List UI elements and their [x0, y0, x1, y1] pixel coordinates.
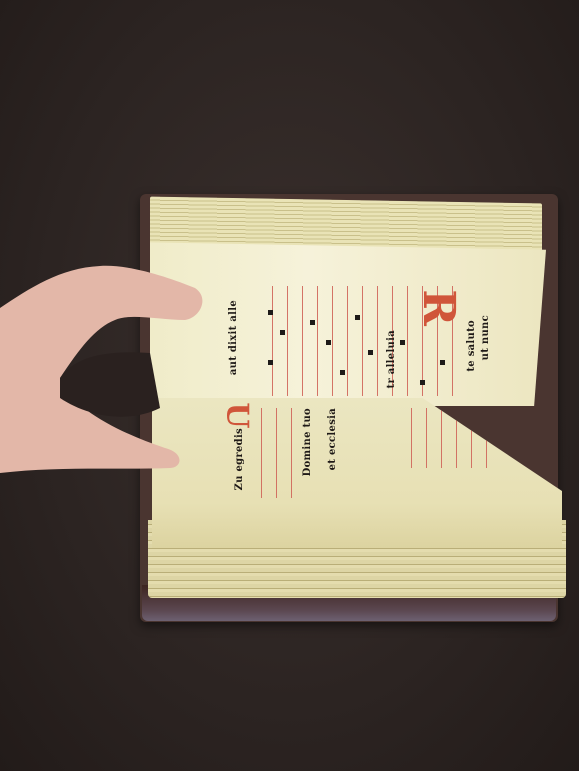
text-line: Zu egredis — [234, 428, 245, 490]
text-line: et ecclesia — [327, 408, 338, 470]
decorated-initial: R — [413, 289, 464, 326]
text-line: Domine tuo — [302, 408, 313, 476]
music-staff — [247, 408, 292, 498]
text-line: te saluto — [466, 320, 477, 372]
hand — [0, 258, 205, 478]
photo-scene: R aut dixit alle tr alleluia te saluto u… — [0, 0, 579, 771]
text-line: aut dixit alle — [228, 300, 239, 375]
text-line: ut nunc — [480, 315, 491, 360]
text-line: tr alleluia — [386, 330, 397, 388]
